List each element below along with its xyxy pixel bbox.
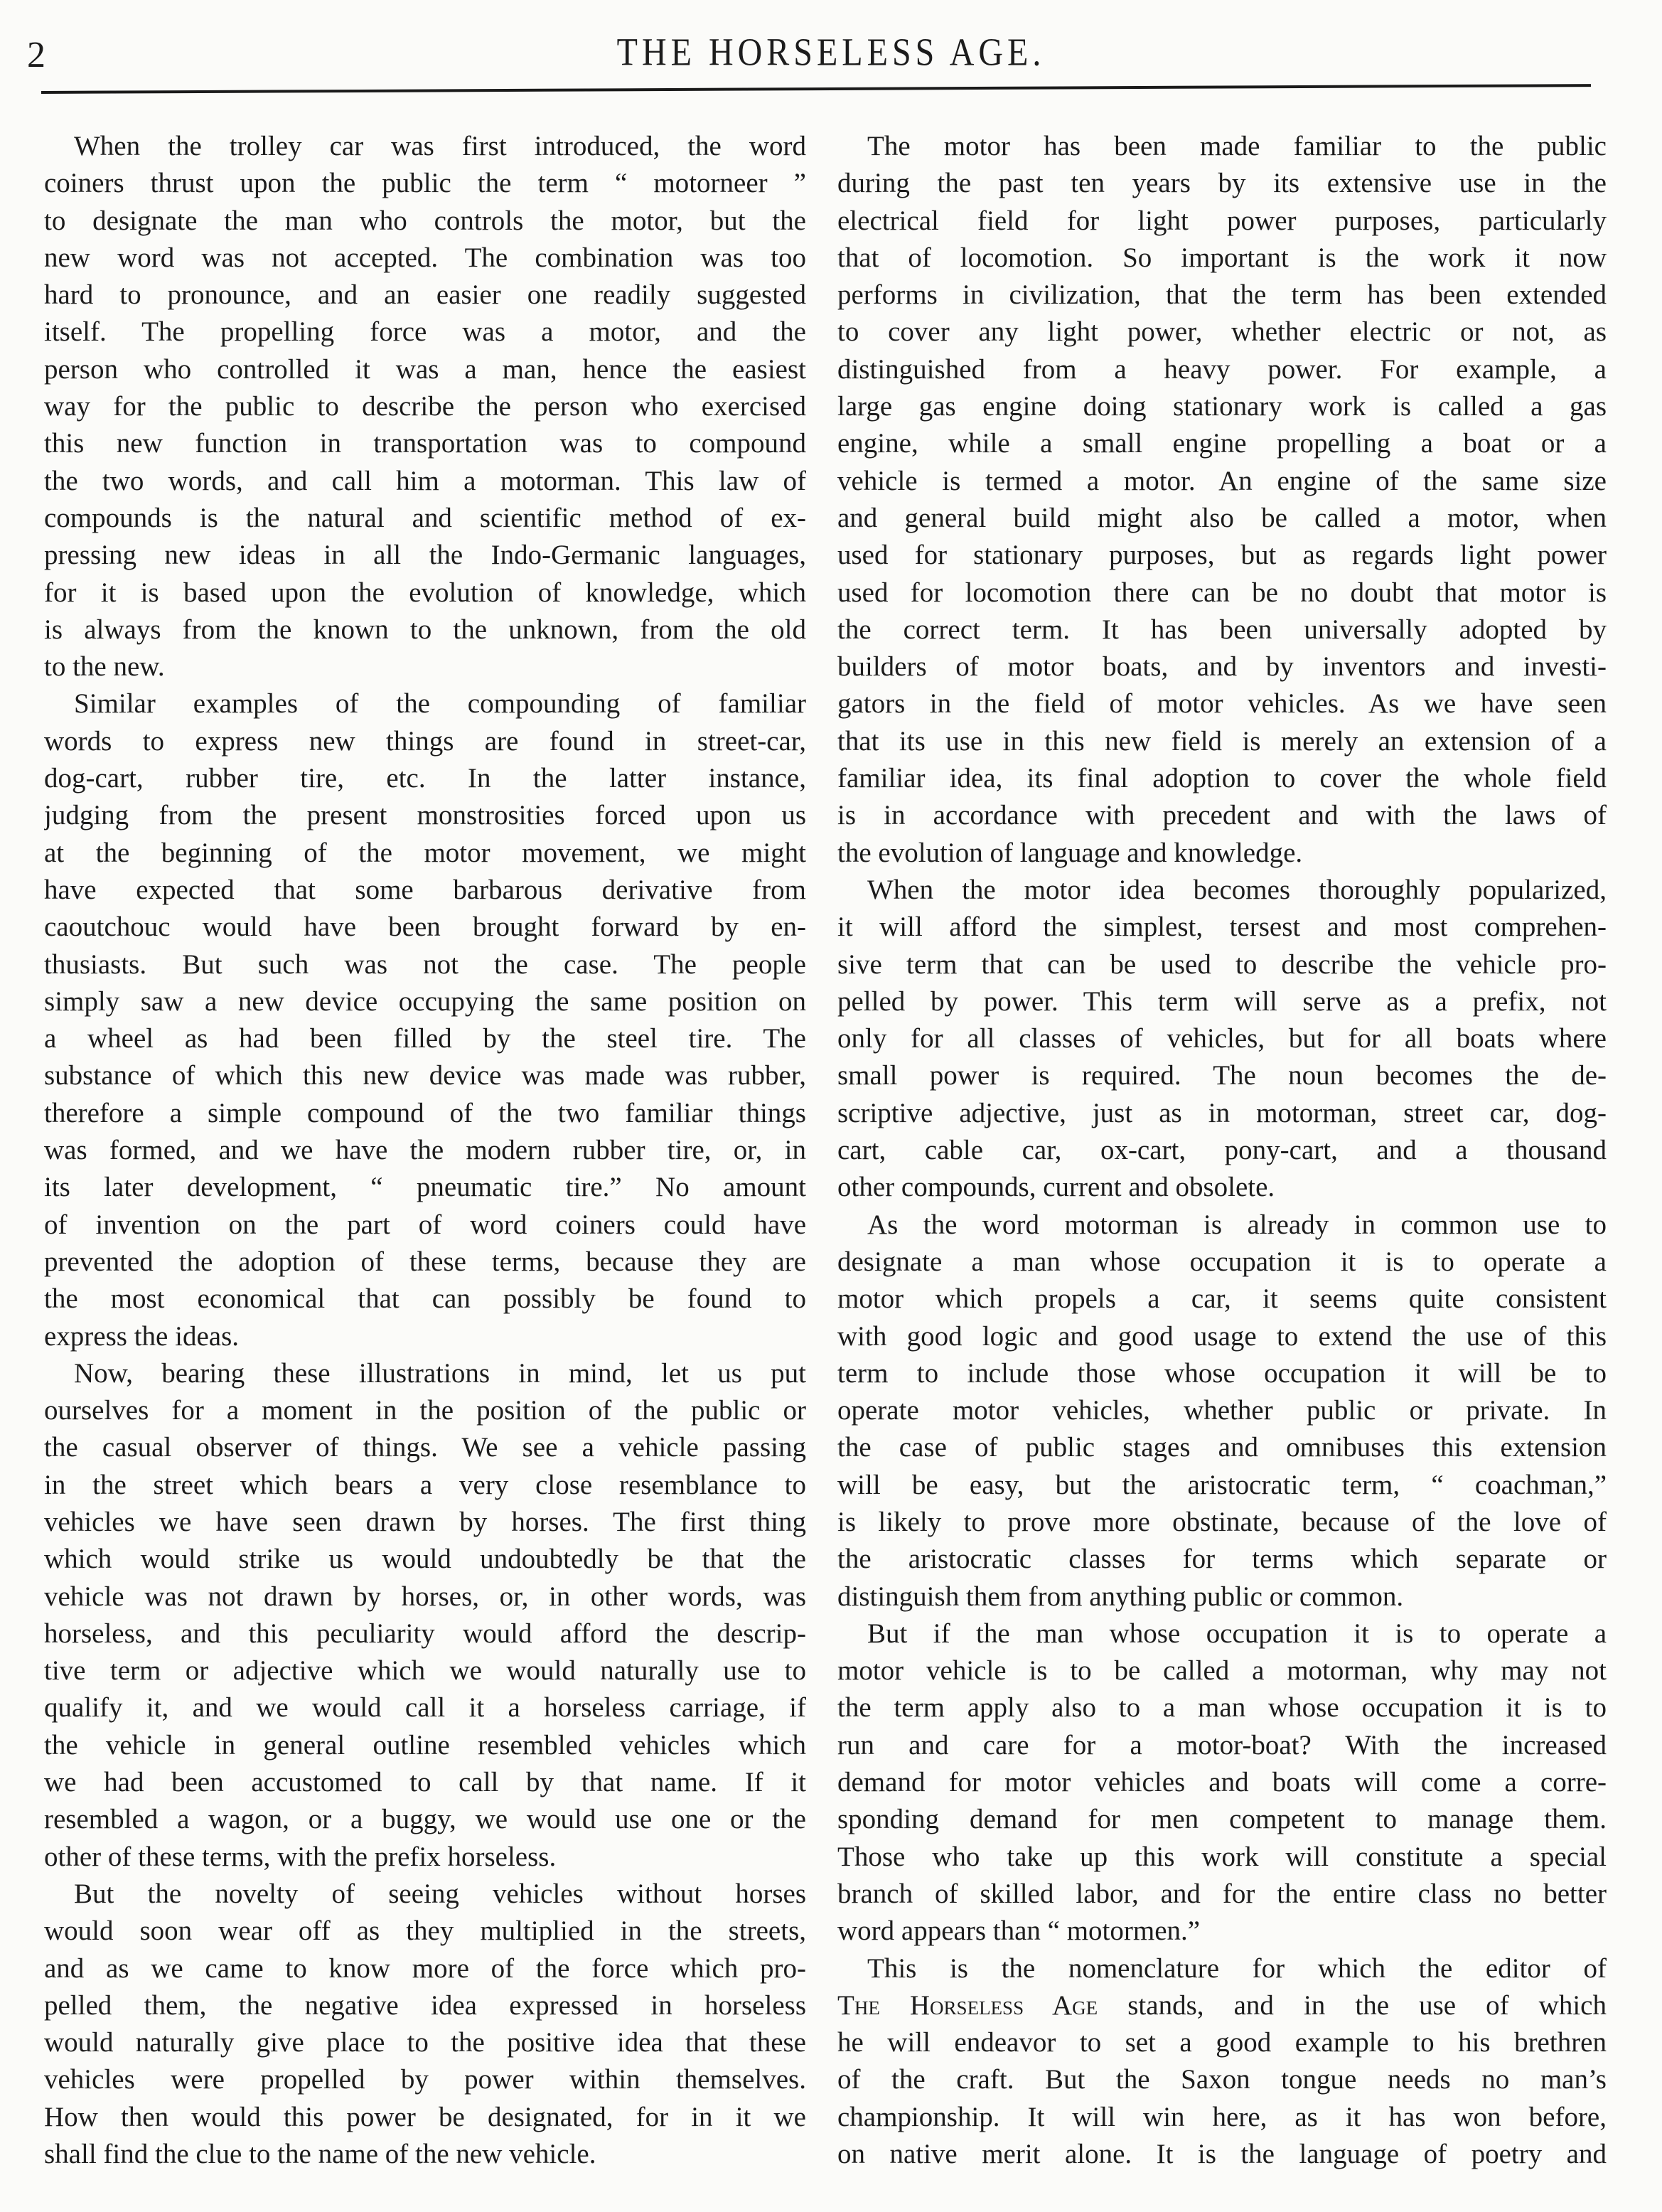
text-line: itself. The propelling force was a motor… — [44, 314, 806, 351]
text-line: branch of skilled labor, and for the ent… — [837, 1876, 1607, 1913]
text-line: operate motor vehicles, whether public o… — [837, 1392, 1607, 1429]
text-line: qualify it, and we would call it a horse… — [44, 1689, 806, 1726]
text-line: designate a man whose occupation it is t… — [837, 1244, 1607, 1281]
running-title: THE HORSELESS AGE. — [0, 28, 1662, 78]
text-line: word appears than “ motormen.” — [837, 1913, 1607, 1950]
text-line: and general build might also be called a… — [837, 500, 1607, 537]
text-line: championship. It will win here, as it ha… — [837, 2099, 1607, 2136]
text-line: familiar idea, its final adoption to cov… — [837, 760, 1607, 797]
text-line: person who controlled it was a man, henc… — [44, 351, 806, 388]
text-line: caoutchouc would have been brought forwa… — [44, 909, 806, 946]
text-line: we had been accustomed to call by that n… — [44, 1764, 806, 1801]
text-line: during the past ten years by its extensi… — [837, 165, 1607, 202]
text-line: words to express new things are found in… — [44, 723, 806, 760]
text-line: express the ideas. — [44, 1318, 806, 1355]
paragraph: But the novelty of seeing vehicles witho… — [44, 1876, 806, 2173]
paragraph: When the trolley car was first introduce… — [44, 128, 806, 685]
text-line: When the motor idea becomes thoroughly p… — [837, 872, 1607, 909]
text-line: that of locomotion. So important is the … — [837, 240, 1607, 277]
text-line: pressing new ideas in all the Indo-Germa… — [44, 537, 806, 574]
text-line: ourselves for a moment in the position o… — [44, 1392, 806, 1429]
text-line: The Horseless Age stands, and in the use… — [837, 1987, 1607, 2024]
text-line: the correct term. It has been universall… — [837, 611, 1607, 648]
text-line: a wheel as had been filled by the steel … — [44, 1020, 806, 1057]
text-line: performs in civilization, that the term … — [837, 277, 1607, 314]
text-line: would naturally give place to the positi… — [44, 2024, 806, 2061]
text-line: pelled them, the negative idea expressed… — [44, 1987, 806, 2024]
text-line: is always from the known to the unknown,… — [44, 611, 806, 648]
text-line: vehicles were propelled by power within … — [44, 2061, 806, 2098]
text-line: in the street which bears a very close r… — [44, 1467, 806, 1504]
text-line: shall find the clue to the name of the n… — [44, 2136, 806, 2173]
text-line: coiners thrust upon the public the term … — [44, 165, 806, 202]
text-line: it will afford the simplest, tersest and… — [837, 909, 1607, 946]
text-line: But if the man whose occupation it is to… — [837, 1615, 1607, 1652]
text-line: When the trolley car was first introduce… — [44, 128, 806, 165]
text-line: and as we came to know more of the force… — [44, 1950, 806, 1987]
text-line: Now, bearing these illustrations in mind… — [44, 1355, 806, 1392]
text-line: used for stationary purposes, but as reg… — [837, 537, 1607, 574]
text-line: the aristocratic classes for terms which… — [837, 1541, 1607, 1578]
paragraph: The motor has been made familiar to the … — [837, 128, 1607, 872]
text-line: will be easy, but the aristocratic term,… — [837, 1467, 1607, 1504]
text-line: pelled by power. This term will serve as… — [837, 983, 1607, 1020]
text-line: the casual observer of things. We see a … — [44, 1429, 806, 1466]
text-line: gators in the field of motor vehicles. A… — [837, 685, 1607, 722]
text-line: was formed, and we have the modern rubbe… — [44, 1132, 806, 1169]
text-line: As the word motorman is already in commo… — [837, 1207, 1607, 1244]
text-line: cart, cable car, ox-cart, pony-cart, and… — [837, 1132, 1607, 1169]
text-line: is likely to prove more obstinate, becau… — [837, 1504, 1607, 1541]
text-line: of the craft. But the Saxon tongue needs… — [837, 2061, 1607, 2098]
text-line: dog-cart, rubber tire, etc. In the latte… — [44, 760, 806, 797]
text-line: substance of which this new device was m… — [44, 1057, 806, 1094]
header-rule — [41, 84, 1591, 94]
text-line: of invention on the part of word coiners… — [44, 1207, 806, 1244]
text-line: vehicle was not drawn by horses, or, in … — [44, 1578, 806, 1615]
right-column: The motor has been made familiar to the … — [837, 128, 1607, 2173]
text-line: he will endeavor to set a good example t… — [837, 2024, 1607, 2061]
text-line: which would strike us would undoubtedly … — [44, 1541, 806, 1578]
paragraph: As the word motorman is already in commo… — [837, 1207, 1607, 1615]
text-line: vehicles we have seen drawn by horses. T… — [44, 1504, 806, 1541]
text-line: How then would this power be designated,… — [44, 2099, 806, 2136]
text-line: motor which propels a car, it seems quit… — [837, 1281, 1607, 1318]
text-line: Those who take up this work will constit… — [837, 1839, 1607, 1876]
text-line: term to include those whose occupation i… — [837, 1355, 1607, 1392]
text-line: simply saw a new device occupying the sa… — [44, 983, 806, 1020]
text-line: builders of motor boats, and by inventor… — [837, 648, 1607, 685]
text-line: for it is based upon the evolution of kn… — [44, 575, 806, 611]
text-line: at the beginning of the motor movement, … — [44, 835, 806, 872]
text-line: the two words, and call him a motorman. … — [44, 463, 806, 500]
text-line: demand for motor vehicles and boats will… — [837, 1764, 1607, 1801]
text-line: sive term that can be used to describe t… — [837, 946, 1607, 983]
text-line: vehicle is termed a motor. An engine of … — [837, 463, 1607, 500]
text-line: is in accordance with precedent and with… — [837, 797, 1607, 834]
text-line: But the novelty of seeing vehicles witho… — [44, 1876, 806, 1913]
text-line: thusiasts. But such was not the case. Th… — [44, 946, 806, 983]
text-line: small power is required. The noun become… — [837, 1057, 1607, 1094]
text-line: Similar examples of the compounding of f… — [44, 685, 806, 722]
text-line: horseless, and this peculiarity would af… — [44, 1615, 806, 1652]
text-line: hard to pronounce, and an easier one rea… — [44, 277, 806, 314]
text-line: tive term or adjective which we would na… — [44, 1652, 806, 1689]
paragraph: Now, bearing these illustrations in mind… — [44, 1355, 806, 1876]
text-line: motor vehicle is to be called a motorman… — [837, 1652, 1607, 1689]
text-line: judging from the present monstrosities f… — [44, 797, 806, 834]
text-line: only for all classes of vehicles, but fo… — [837, 1020, 1607, 1057]
text-line: that its use in this new field is merely… — [837, 723, 1607, 760]
text-line: new word was not accepted. The combinati… — [44, 240, 806, 277]
text-line: would soon wear off as they multiplied i… — [44, 1913, 806, 1950]
text-line: with good logic and good usage to extend… — [837, 1318, 1607, 1355]
text-line: its later development, “ pneumatic tire.… — [44, 1169, 806, 1206]
text-line: the evolution of language and knowledge. — [837, 835, 1607, 872]
text-line: on native merit alone. It is the languag… — [837, 2136, 1607, 2173]
text-line: to the new. — [44, 648, 806, 685]
text-line: therefore a simple compound of the two f… — [44, 1095, 806, 1132]
text-line: resembled a wagon, or a buggy, we would … — [44, 1801, 806, 1838]
text-line: run and care for a motor-boat? With the … — [837, 1727, 1607, 1764]
text-line: way for the public to describe the perso… — [44, 388, 806, 425]
text-line: the most economical that can possibly be… — [44, 1281, 806, 1318]
text-line: other compounds, current and obsolete. — [837, 1169, 1607, 1206]
text-line: the case of public stages and omnibuses … — [837, 1429, 1607, 1466]
text-line: the term apply also to a man whose occup… — [837, 1689, 1607, 1726]
left-column: When the trolley car was first introduce… — [44, 128, 806, 2173]
text-line: distinguished from a heavy power. For ex… — [837, 351, 1607, 388]
journal-name: The Horseless Age — [837, 1990, 1098, 2021]
text-line: The motor has been made familiar to the … — [837, 128, 1607, 165]
text-line: engine, while a small engine propelling … — [837, 425, 1607, 462]
paragraph: But if the man whose occupation it is to… — [837, 1615, 1607, 1950]
text-line: other of these terms, with the prefix ho… — [44, 1839, 806, 1876]
text-line: used for locomotion there can be no doub… — [837, 575, 1607, 611]
text-line: distinguish them from anything public or… — [837, 1578, 1607, 1615]
text-line: This is the nomenclature for which the e… — [837, 1950, 1607, 1987]
paragraph: When the motor idea becomes thoroughly p… — [837, 872, 1607, 1207]
text-line: sponding demand for men competent to man… — [837, 1801, 1607, 1838]
text-line: to cover any light power, whether electr… — [837, 314, 1607, 351]
paragraph: Similar examples of the compounding of f… — [44, 685, 806, 1355]
text-line: scriptive adjective, just as in motorman… — [837, 1095, 1607, 1132]
text-line: electrical field for light power purpose… — [837, 203, 1607, 240]
text-line: this new function in transportation was … — [44, 425, 806, 462]
text-line: to designate the man who controls the mo… — [44, 203, 806, 240]
text-line: large gas engine doing stationary work i… — [837, 388, 1607, 425]
paragraph: This is the nomenclature for which the e… — [837, 1950, 1607, 2174]
text-line: the vehicle in general outline resembled… — [44, 1727, 806, 1764]
text-line: compounds is the natural and scientific … — [44, 500, 806, 537]
text-line: have expected that some barbarous deriva… — [44, 872, 806, 909]
text-line: prevented the adoption of these terms, b… — [44, 1244, 806, 1281]
text-fragment: stands, and in the use of which — [1098, 1990, 1607, 2021]
